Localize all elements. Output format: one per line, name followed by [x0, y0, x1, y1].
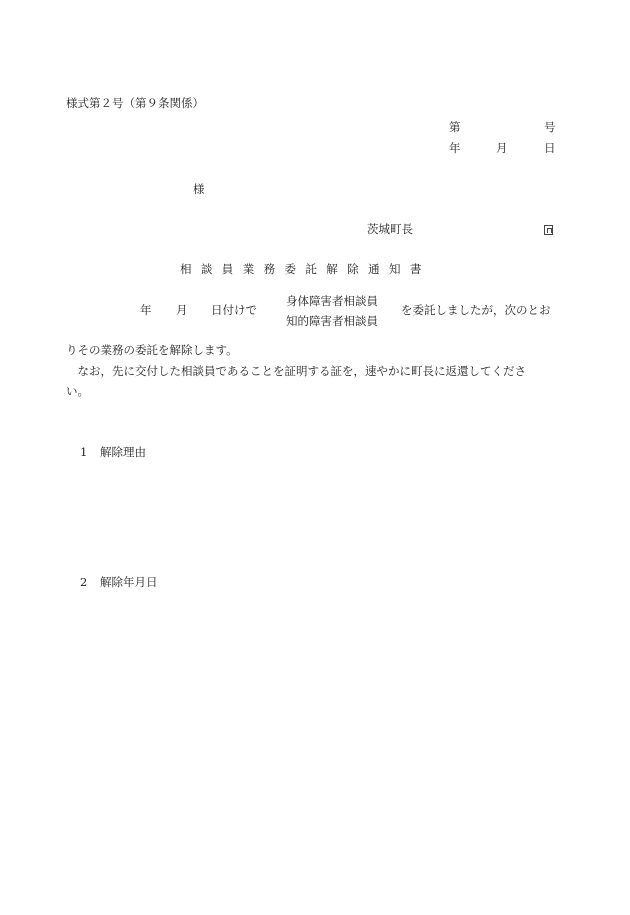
section-1-label: 解除理由 [100, 447, 146, 459]
document-title: 相談員業務委託解除通知書 [180, 264, 431, 276]
body-line-3: なお，先に交付した相談員であることを証明する証を，速やかに町長に返還してくださ [66, 366, 526, 378]
document-number-prefix: 第 [449, 122, 461, 134]
body-line-4: い。 [66, 386, 89, 398]
section-2-number: 2 [80, 577, 87, 589]
seal-icon [544, 225, 553, 238]
issuer-title: 茨城町長 [367, 224, 413, 236]
section-1-number: 1 [80, 447, 87, 459]
role-option-intellectual: 知的障害者相談員 [286, 316, 378, 328]
section-2-label: 解除年月日 [100, 577, 158, 589]
date-year-label: 年 [449, 143, 461, 155]
date-day-label: 日 [544, 143, 556, 155]
recipient-honorific: 様 [193, 184, 205, 196]
body-date-month: 月 [176, 305, 188, 317]
body-date-year: 年 [140, 305, 152, 317]
body-date-suffix: 日付けで [211, 305, 257, 317]
document-number-suffix: 号 [544, 122, 556, 134]
form-label: 様式第２号（第９条関係） [66, 98, 204, 110]
role-option-physical: 身体障害者相談員 [286, 296, 378, 308]
body-line-1-tail: を委託しましたが，次のとお [401, 305, 551, 317]
body-line-2: りその業務の委託を解除します。 [66, 345, 238, 357]
date-month-label: 月 [496, 143, 508, 155]
